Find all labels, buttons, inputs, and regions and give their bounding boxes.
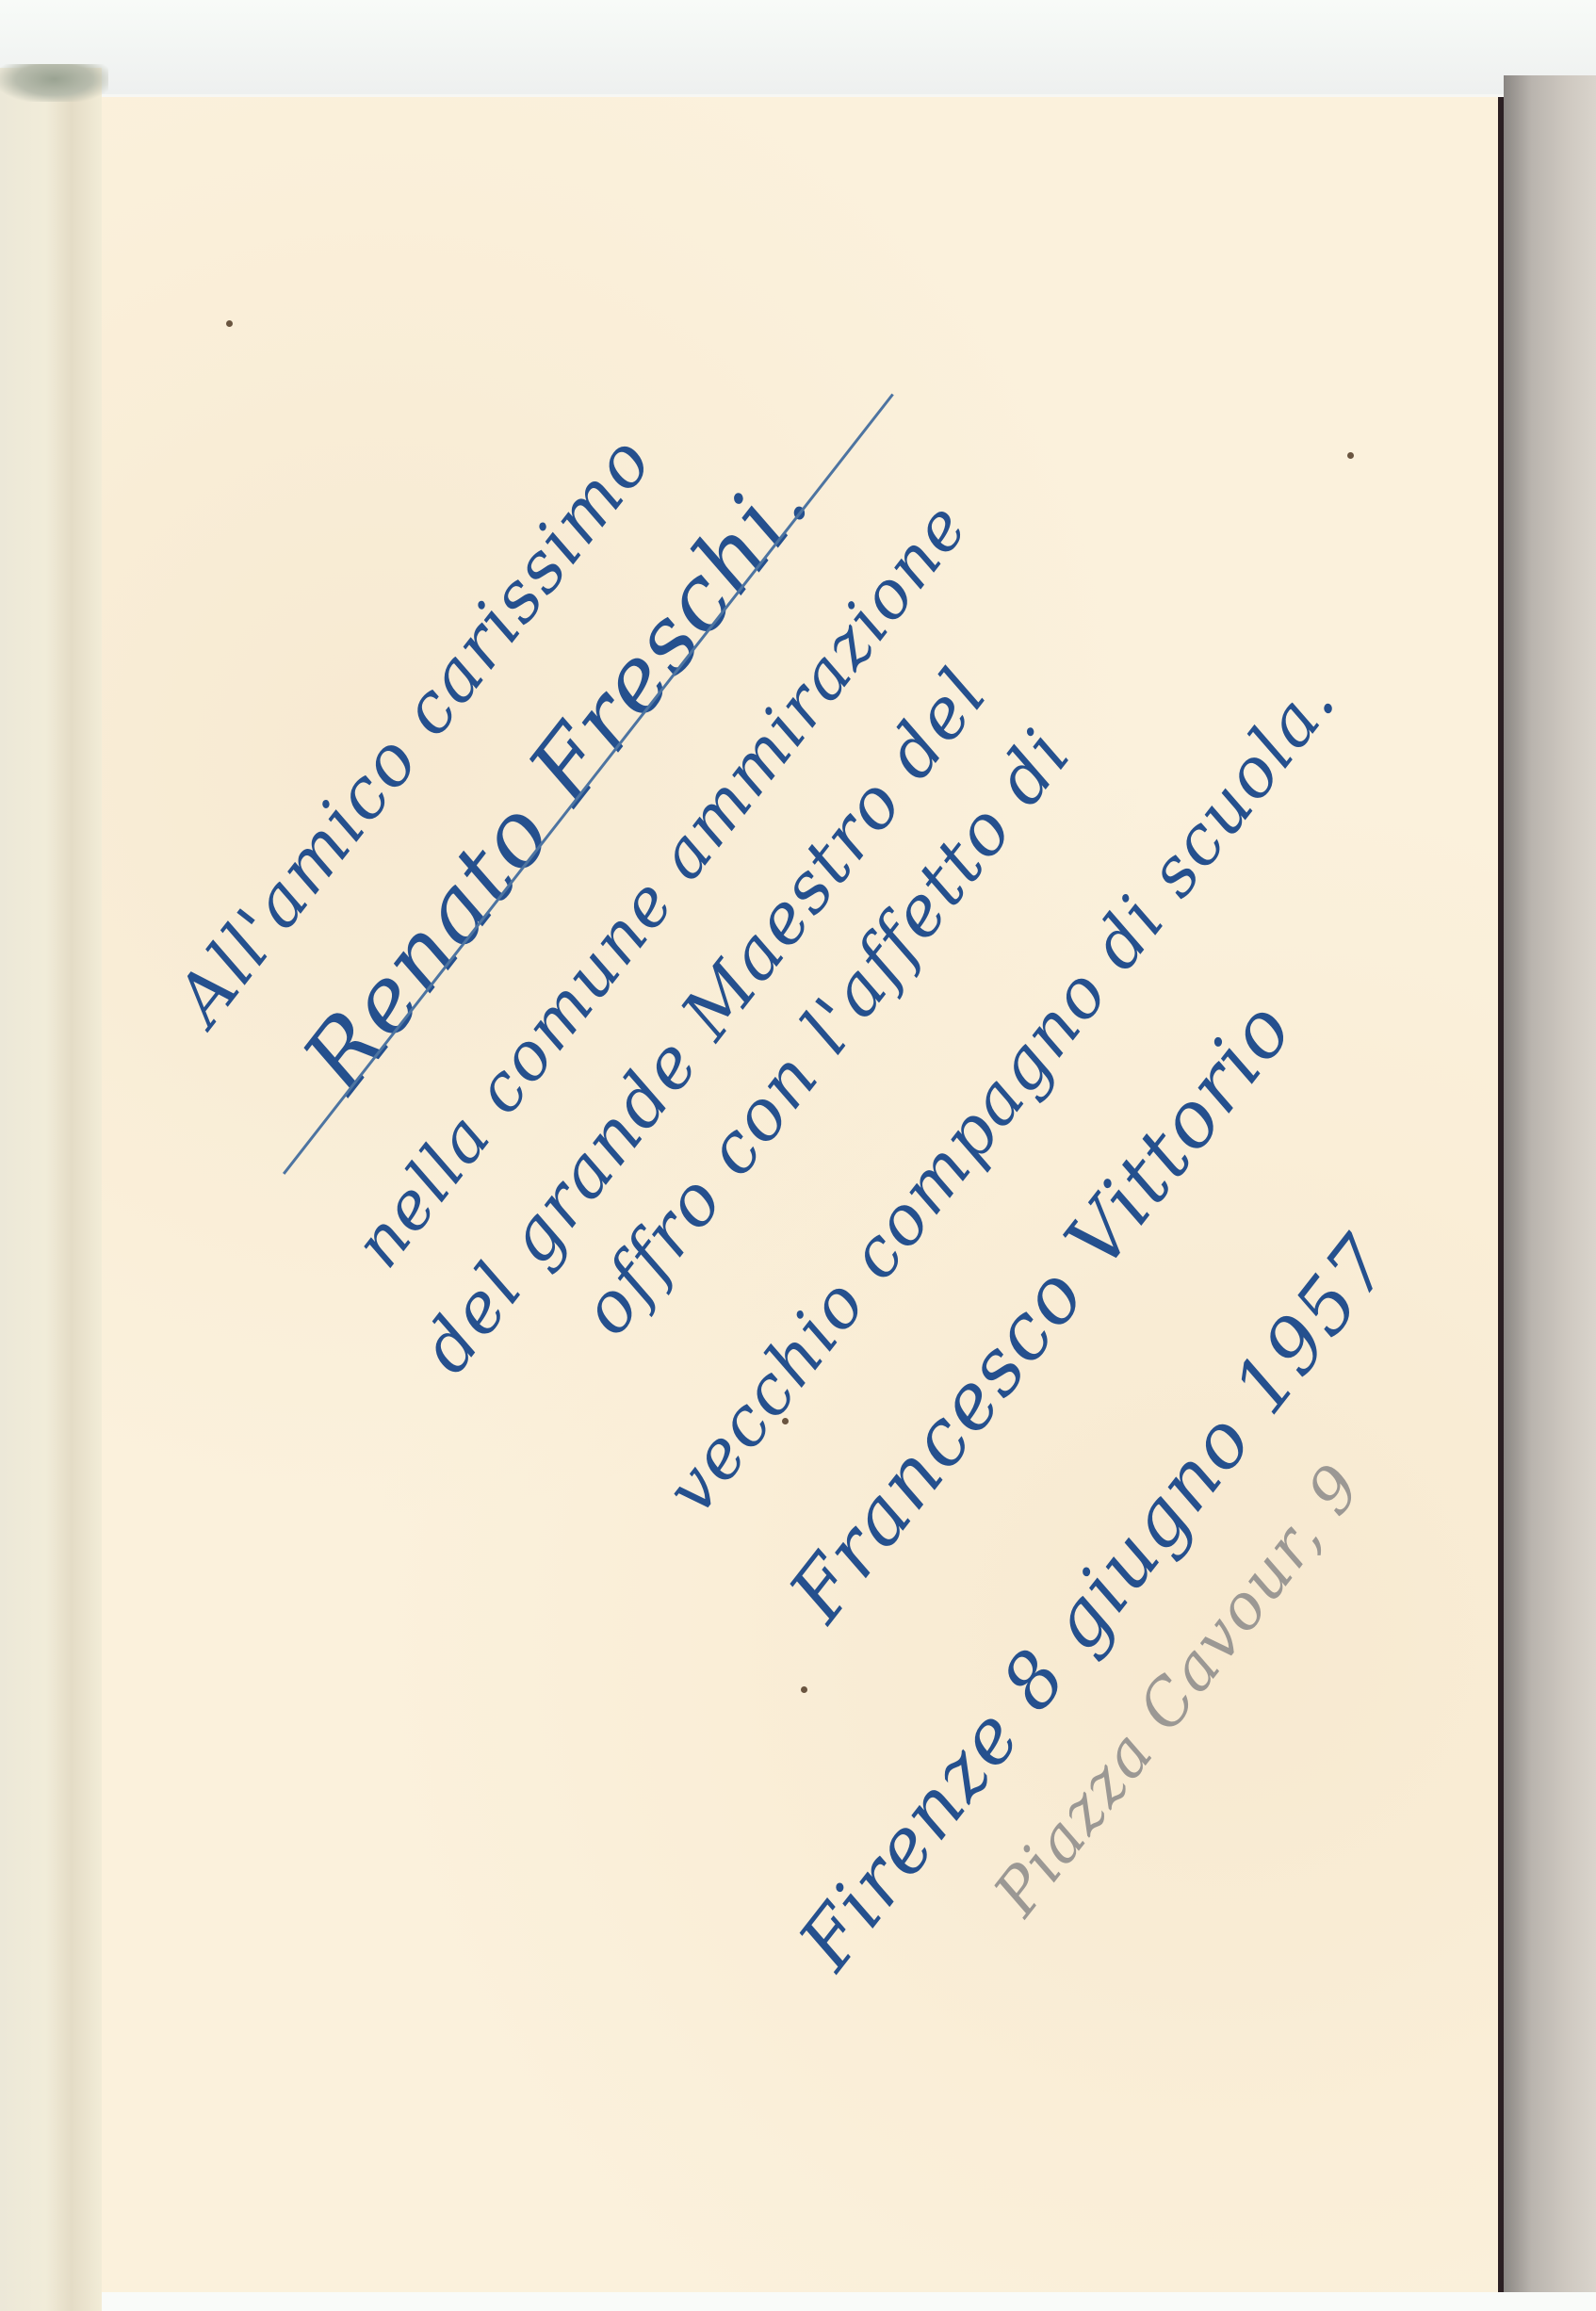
paper-speck [1347,452,1354,459]
scan-background-bottom [102,2292,1596,2311]
book-spine-hinge [0,68,102,2311]
paper-speck [801,1686,807,1693]
flyleaf-page [102,97,1504,2292]
binding-tear [0,64,108,102]
cover-shadow [1504,75,1596,2292]
paper-speck [782,1418,789,1424]
scan-background-top [0,0,1596,94]
paper-speck [226,320,233,327]
